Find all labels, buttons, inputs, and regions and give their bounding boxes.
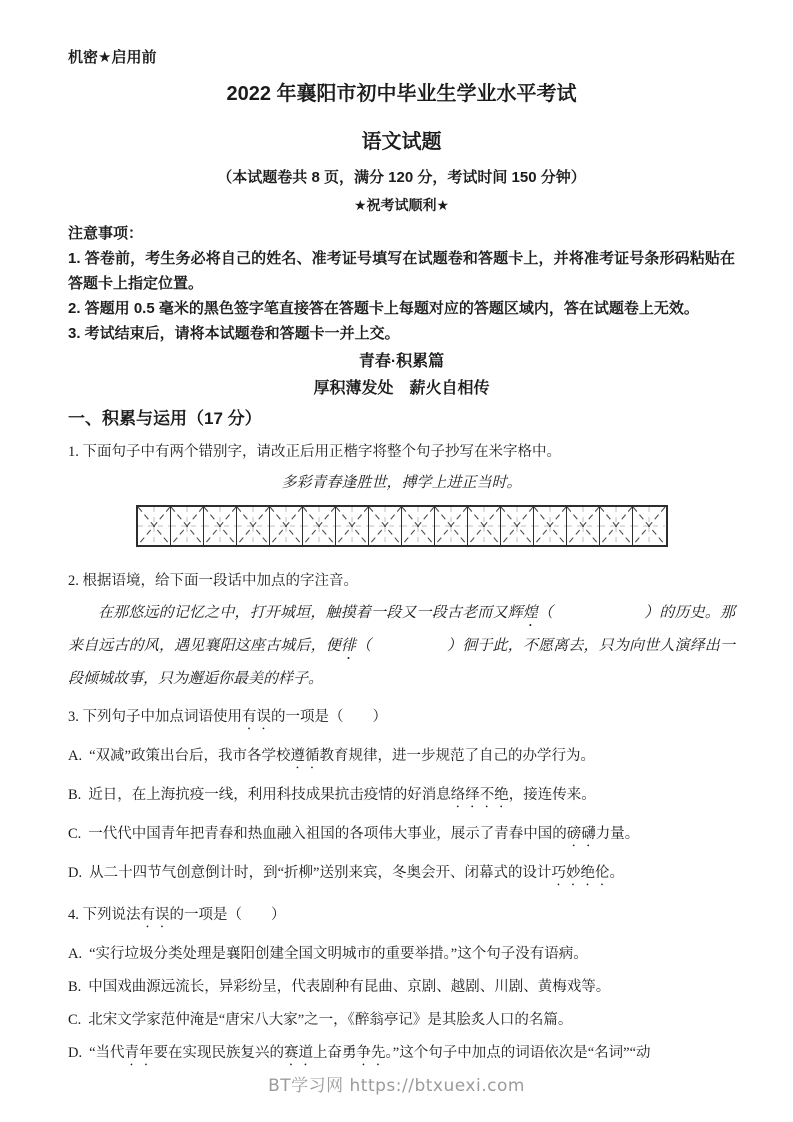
rice-grid-cell <box>402 507 435 545</box>
passage-segment: 在那悠远的记忆之中，打开城垣，触摸着一段又一段古老而又辉 <box>98 605 523 621</box>
option-text: ，接连传来。 <box>509 787 596 803</box>
stem-text: 的一项是（ ） <box>271 709 387 725</box>
section-heading: 一、积累与运用（17 分） <box>68 407 735 431</box>
emphasized-text: 络绎不绝 <box>451 787 509 803</box>
emphasized-text: 有误 <box>141 907 170 923</box>
pinyin-blank: （ ） <box>356 638 462 654</box>
rice-grid-cell <box>534 507 567 545</box>
emphasized-text: 有误 <box>242 709 271 725</box>
pinyin-blank: （ ） <box>538 605 659 621</box>
rice-grid-cell <box>270 507 303 545</box>
option-label: C. <box>68 826 81 842</box>
q3-option-a: A.“双减”政策出台后，我市各学校遵循教育规律，进一步规范了自己的办学行为。 <box>68 746 735 772</box>
notice-heading: 注意事项： <box>68 221 735 246</box>
option-text: 力量。 <box>596 826 640 842</box>
stem-text: 3. 下列句子中加点词语使用 <box>68 709 242 725</box>
confidential-label: 机密★启用前 <box>68 46 735 67</box>
option-text: “双减”政策出台后，我市各学校 <box>89 748 290 764</box>
emphasized-char: 煌 <box>523 605 538 621</box>
option-text: “实行垃圾分类处理是襄阳创建全国文明城市的重要举措。”这个句子没有语病。 <box>89 946 588 962</box>
emphasized-text: 遵循 <box>290 748 319 764</box>
emphasized-text: 争先 <box>357 1045 386 1061</box>
subject-title: 语文试题 <box>68 129 735 155</box>
page-title: 2022 年襄阳市初中毕业生学业水平考试 <box>68 81 735 107</box>
option-label: C. <box>68 1012 81 1028</box>
option-text: “当代 <box>89 1045 124 1061</box>
rice-grid-cell <box>600 507 633 545</box>
footer-watermark: BT学习网 https://btxuexi.com <box>0 1071 793 1096</box>
q4-option-d: D.“当代青年要在实现民族复兴的赛道上奋勇争先。”这个句子中加点的词语依次是“名… <box>68 1043 735 1069</box>
chapter-title: 青春·积累篇 <box>68 351 735 373</box>
option-text: 北宋文学家范仲淹是“唐宋八大家”之一，《醉翁亭记》是其脍炙人口的名篇。 <box>88 1012 572 1028</box>
exam-page: 机密★启用前 2022 年襄阳市初中毕业生学业水平考试 语文试题 （本试题卷共 … <box>0 0 793 1069</box>
option-text: 中国戏曲源远流长，异彩纷呈，代表剧种有昆曲、京剧、越剧、川剧、黄梅戏等。 <box>88 979 610 995</box>
notice-item-3: 3. 考试结束后，请将本试题卷和答题卡一并上交。 <box>68 321 735 346</box>
option-label: A. <box>68 748 82 764</box>
rice-grid-cell <box>303 507 336 545</box>
rice-grid-cell <box>171 507 204 545</box>
option-label: B. <box>68 787 81 803</box>
q3-option-d: D.从二十四节气创意倒计时，到“折柳”送别来宾，冬奥会开、闭幕式的设计巧妙绝伦。 <box>68 863 735 889</box>
option-text: 上奋勇 <box>313 1045 357 1061</box>
q4-option-b: B.中国戏曲源远流长，异彩纷呈，代表剧种有昆曲、京剧、越剧、川剧、黄梅戏等。 <box>68 977 735 997</box>
question-2-stem: 2. 根据语境，给下面一段话中加点的字注音。 <box>68 571 735 591</box>
emphasized-char: 徘 <box>341 638 356 654</box>
emphasized-text: 磅礴 <box>567 826 596 842</box>
rice-grid-cell <box>138 507 171 545</box>
option-label: A. <box>68 946 82 962</box>
option-label: B. <box>68 979 81 995</box>
rice-grid-cell <box>435 507 468 545</box>
rice-grid-cell <box>237 507 270 545</box>
notice-item-1: 1. 答卷前，考生务必将自己的姓名、准考证号填写在试题卷和答题卡上，并将准考证号… <box>68 246 735 296</box>
question-3-stem: 3. 下列句子中加点词语使用有误的一项是（ ） <box>68 707 735 733</box>
rice-grid-cell <box>468 507 501 545</box>
question-4-stem: 4. 下列说法有误的一项是（ ） <box>68 905 735 931</box>
q4-option-c: C.北宋文学家范仲淹是“唐宋八大家”之一，《醉翁亭记》是其脍炙人口的名篇。 <box>68 1010 735 1030</box>
stem-text: 的一项是（ ） <box>170 907 286 923</box>
wish-line: ★祝考试顺利★ <box>68 196 735 214</box>
practice-sentence: 多彩青春逢胜世，搏学上进正当时。 <box>68 473 735 493</box>
question-2-passage: 在那悠远的记忆之中，打开城垣，触摸着一段又一段古老而又辉煌（ ）的历史。那来自远… <box>68 597 735 696</box>
option-text: 近日，在上海抗疫一线，利用科技成果抗击疫情的好消息 <box>88 787 451 803</box>
rice-grid-cell <box>501 507 534 545</box>
q3-option-b: B.近日，在上海抗疫一线，利用科技成果抗击疫情的好消息络绎不绝，接连传来。 <box>68 785 735 811</box>
emphasized-text: 巧妙绝伦 <box>551 865 609 881</box>
option-label: D. <box>68 865 82 881</box>
option-label: D. <box>68 1045 82 1061</box>
option-text: 从二十四节气创意倒计时，到“折柳”送别来宾，冬奥会开、闭幕式的设计 <box>89 865 551 881</box>
option-text: 要在实现民族复兴的 <box>154 1045 285 1061</box>
rice-grid-cell <box>369 507 402 545</box>
question-1-stem: 1. 下面句子中有两个错别字，请改正后用正楷字将整个句子抄写在米字格中。 <box>68 442 735 462</box>
stem-text: 4. 下列说法 <box>68 907 141 923</box>
rice-grid-cell <box>336 507 369 545</box>
q4-option-a: A.“实行垃圾分类处理是襄阳创建全国文明城市的重要举措。”这个句子没有语病。 <box>68 944 735 964</box>
chapter-motto: 厚积薄发处 薪火自相传 <box>68 378 735 400</box>
rice-grid <box>136 505 668 547</box>
rice-grid-cell <box>567 507 600 545</box>
rice-grid-cell <box>204 507 237 545</box>
option-text: 教育规律，进一步规范了自己的办学行为。 <box>319 748 595 764</box>
notice-item-2: 2. 答题用 0.5 毫米的黑色签字笔直接答在答题卡上每题对应的答题区域内，答在… <box>68 296 735 321</box>
emphasized-text: 青年 <box>125 1045 154 1061</box>
exam-meta: （本试题卷共 8 页，满分 120 分，考试时间 150 分钟） <box>68 168 735 188</box>
option-text: 。 <box>609 865 624 881</box>
emphasized-text: 赛道 <box>284 1045 313 1061</box>
q3-option-c: C.一代代中国青年把青春和热血融入祖国的各项伟大事业，展示了青春中国的磅礴力量。 <box>68 824 735 850</box>
option-text: 。”这个句子中加点的词语依次是“名词”“动 <box>386 1045 651 1061</box>
option-text: 一代代中国青年把青春和热血融入祖国的各项伟大事业，展示了青春中国的 <box>88 826 567 842</box>
rice-grid-cell <box>633 507 665 545</box>
